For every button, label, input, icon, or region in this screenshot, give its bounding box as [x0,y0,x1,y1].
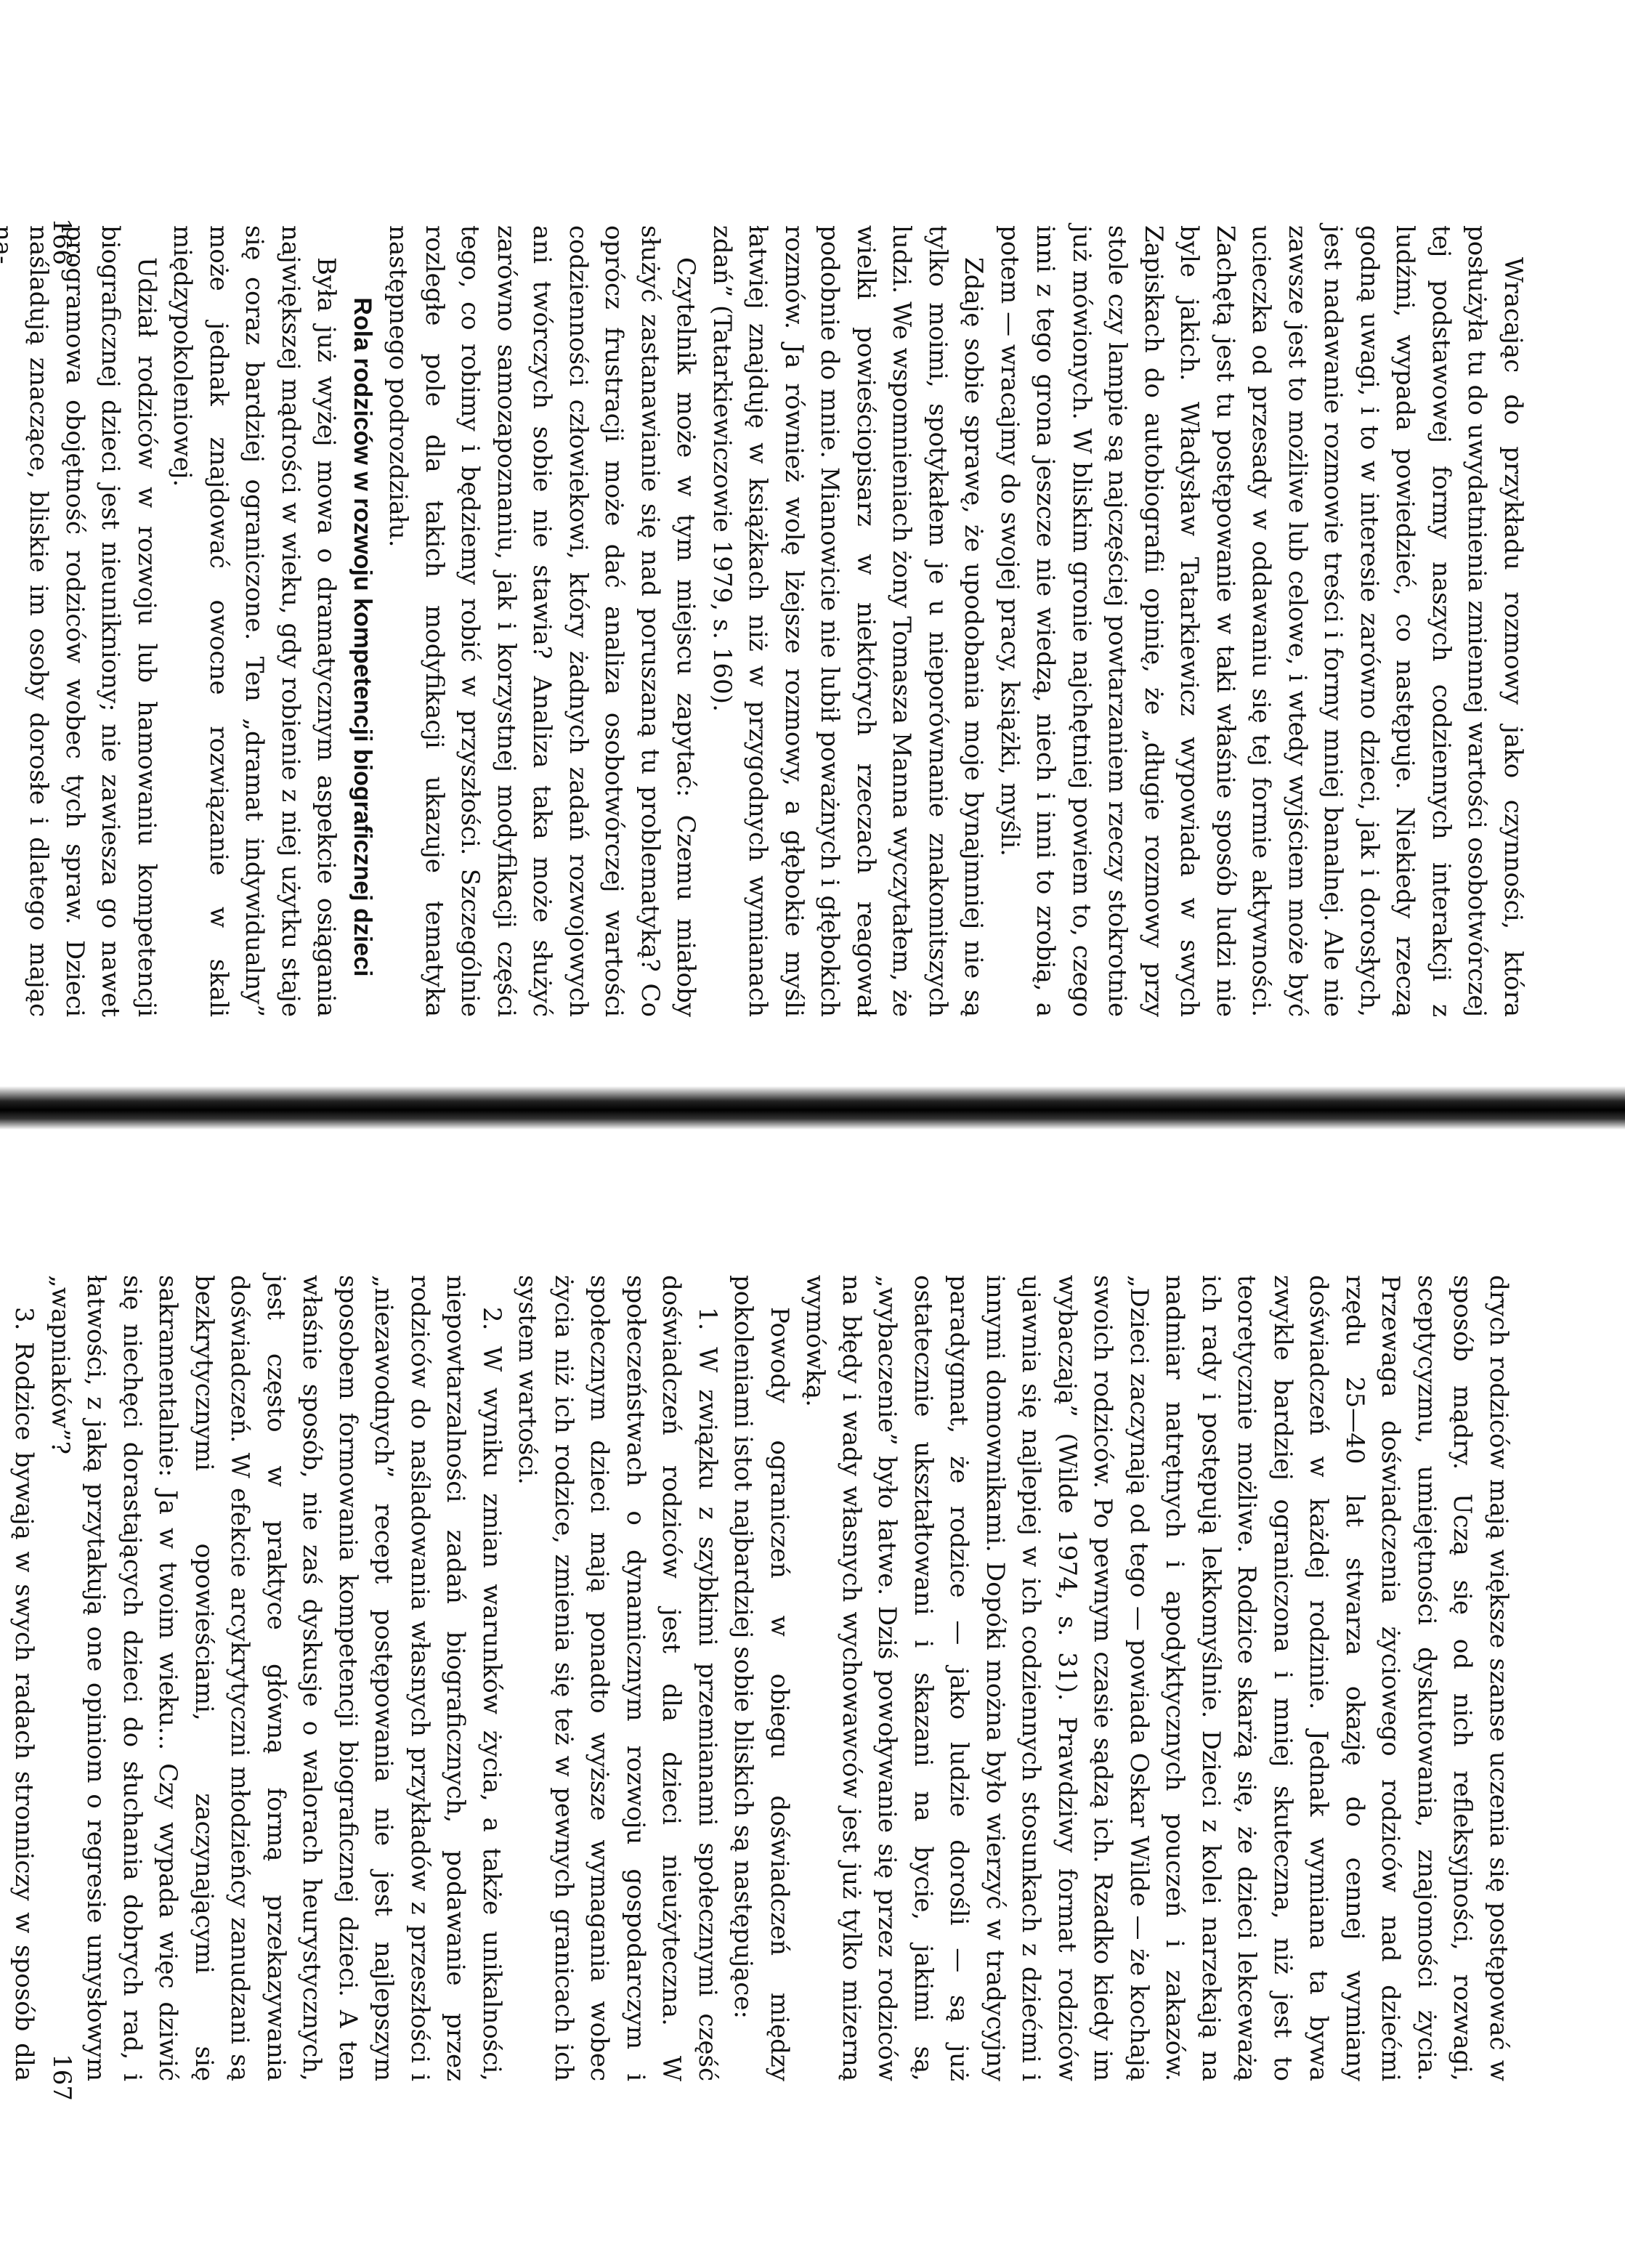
book-spread: Wracając do przykładu rozmowy jako czynn… [0,0,1625,2268]
paragraph: drych rodziców mają większe szanse uczen… [797,1275,1516,2081]
left-page: Wracając do przykładu rozmowy jako czynn… [0,0,1625,1104]
page-number: 167 [47,2054,76,2101]
paragraph: Udział rodziców w rozwoju lub hamowaniu … [0,225,164,1017]
list-item: 3. Rodzice bywają w swych radach stronni… [0,1275,42,2081]
paragraph: Czytelnik może w tym miejscu zapytać: Cz… [380,225,704,1017]
paragraph: Zdaję sobie sprawę, że upodobania moje b… [704,225,992,1017]
right-page-text: drych rodziców mają większe szanse uczen… [0,1275,1516,2081]
book-gutter-shadow [0,1086,1625,1130]
page-number: 166 [47,218,76,265]
section-heading: Rola rodziców w rozwoju kompetencji biog… [344,225,381,1017]
left-page-text: Wracając do przykładu rozmowy jako czynn… [0,225,1531,1017]
list-item: 1. W związku z szybkimi przemianami społ… [509,1275,725,2081]
list-item: 2. W wyniku zmian warunków życia, a takż… [42,1275,510,2081]
right-page: drych rodziców mają większe szanse uczen… [0,1191,1625,2268]
paragraph: Była już wyżej mowa o dramatycznym aspek… [164,225,344,1017]
paragraph: Wracając do przykładu rozmowy jako czynn… [992,225,1531,1017]
paragraph: Powody ograniczeń w obiegu doświadczeń m… [725,1275,797,2081]
